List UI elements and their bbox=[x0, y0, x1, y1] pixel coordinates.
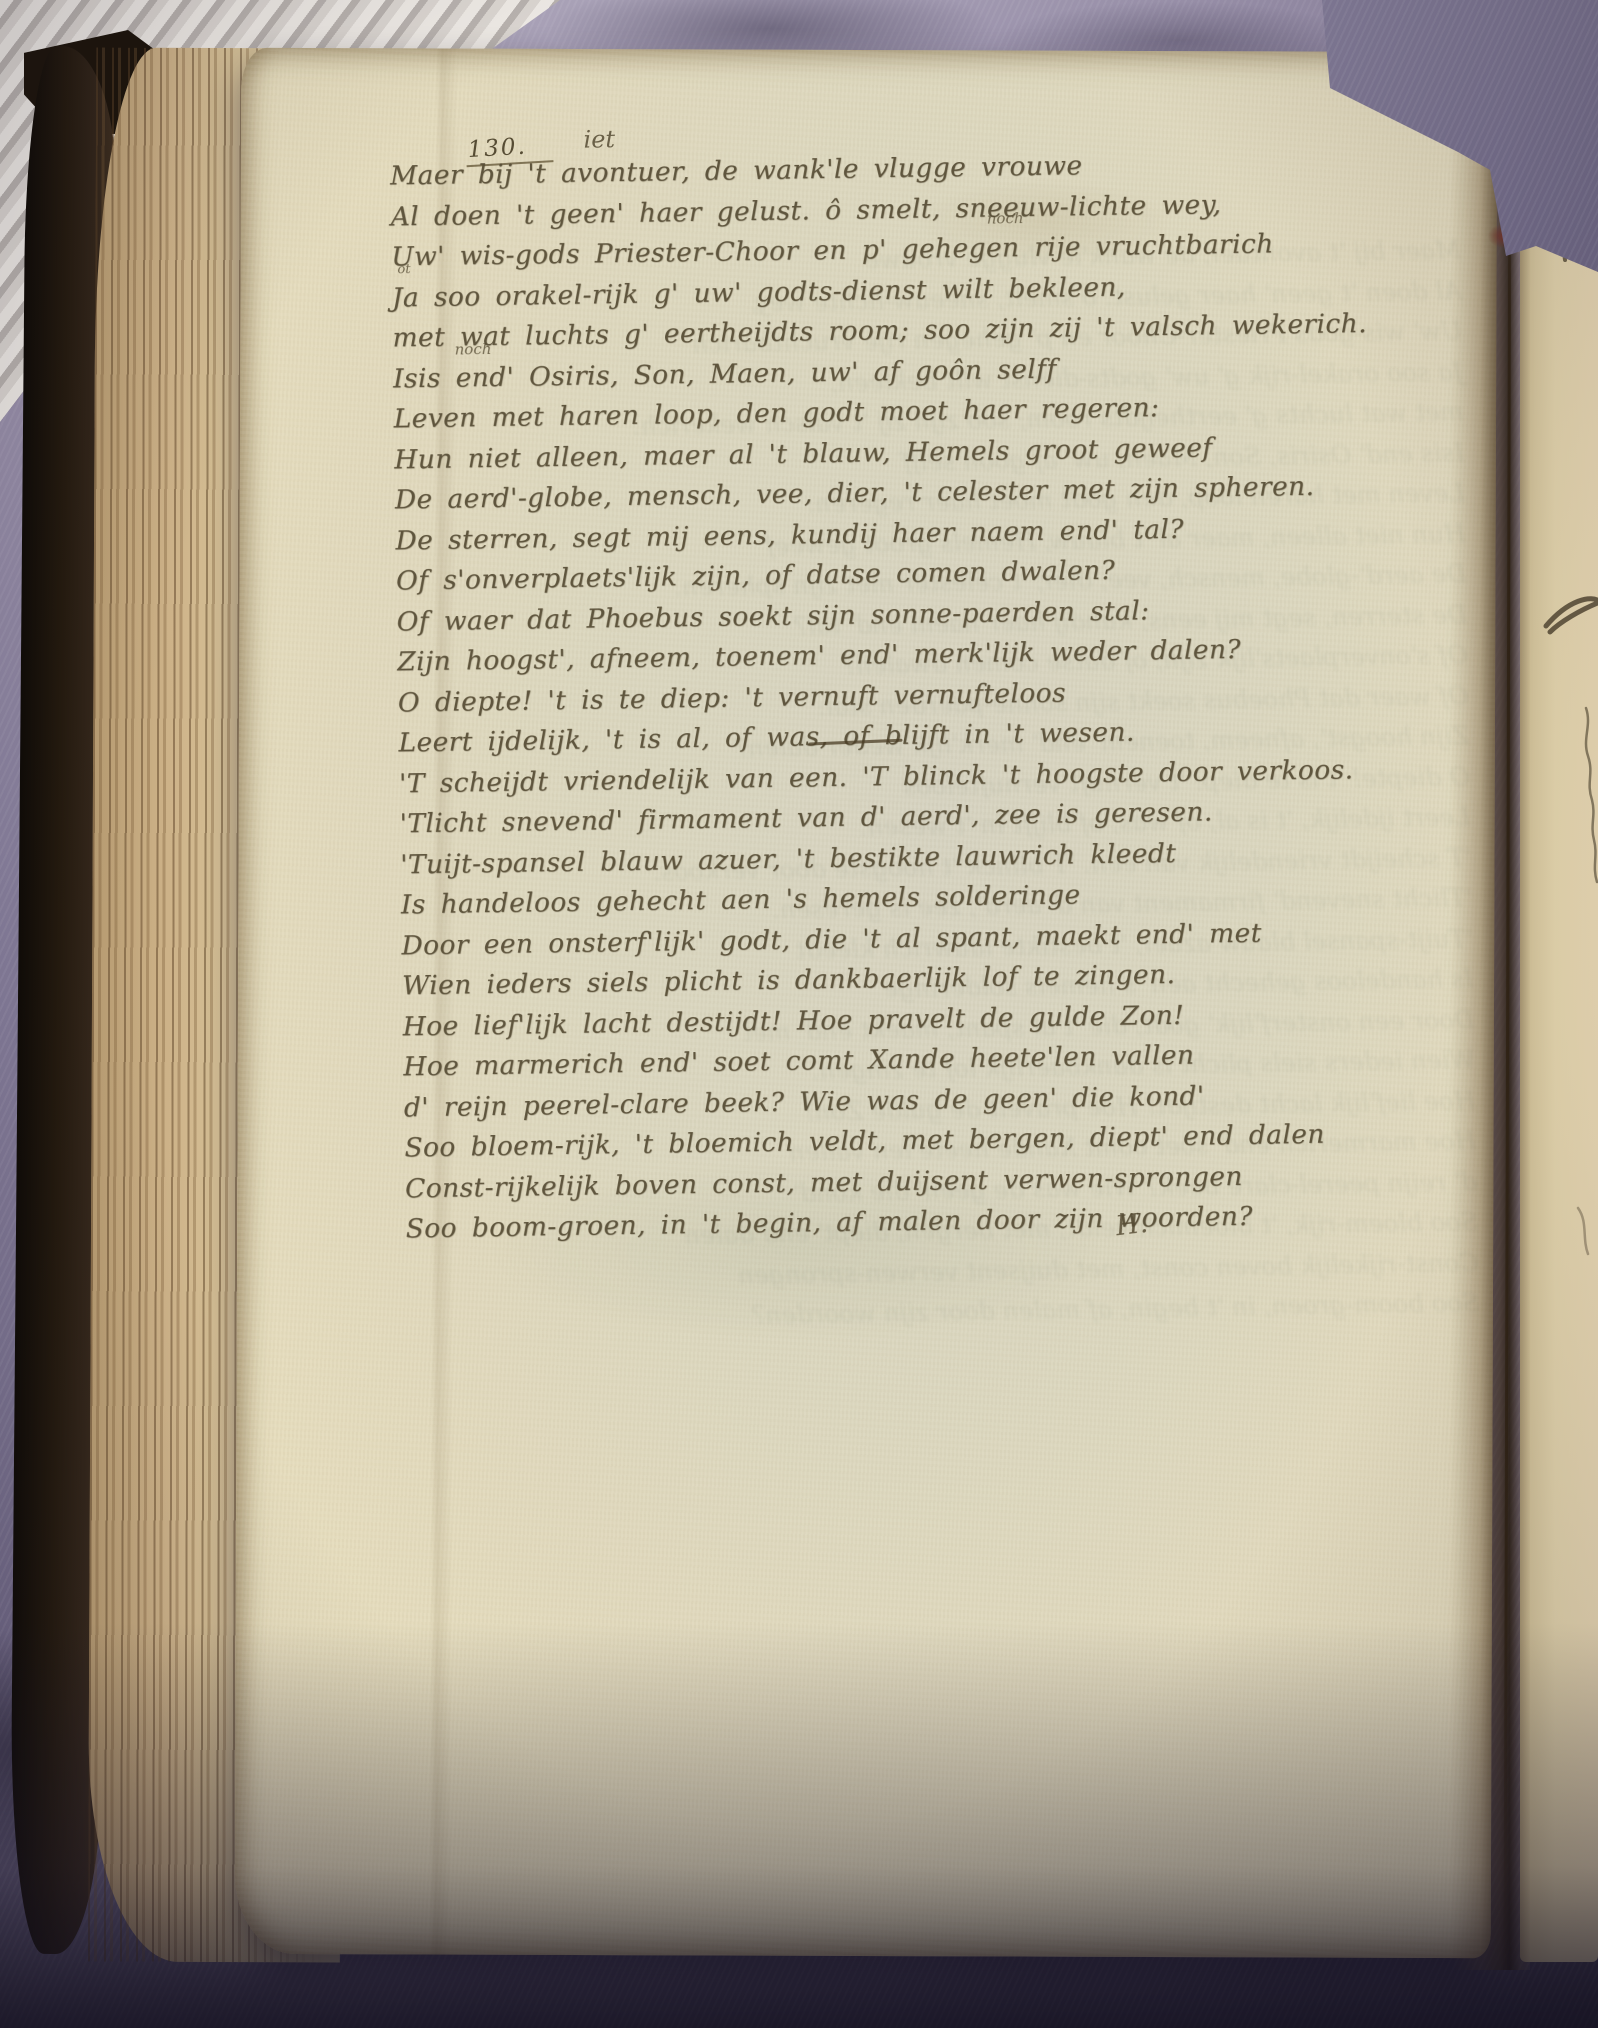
page-heading: iet bbox=[583, 125, 615, 153]
manuscript-text: 130. iet Maer bij 't avontuer, de wank'l… bbox=[0, 0, 1598, 2028]
scribe-end-mark: H. bbox=[1114, 1208, 1150, 1243]
interline-note: noch bbox=[987, 209, 1024, 228]
poem-lines: Maer bij 't avontuer, de wank'le vlugge … bbox=[390, 140, 1491, 1249]
photo-open-manuscript-book: Maer bij 't avontuer, de wank'le vlugge … bbox=[0, 0, 1598, 2028]
interline-note: ot bbox=[397, 262, 410, 277]
interline-note: noch bbox=[455, 340, 492, 359]
